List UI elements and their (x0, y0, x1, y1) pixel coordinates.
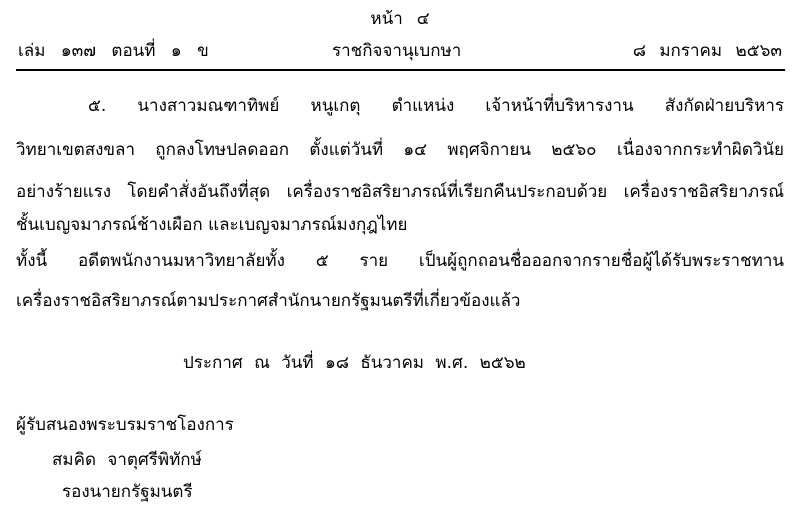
body-line-3: อย่างร้ายแรง โดยคำสั่งอันถึงที่สุด เครื่… (16, 181, 784, 203)
page-number: หน้า๔ (0, 8, 800, 30)
body-line-1: ๕. นางสาวมณฑาทิพย์ หนูเกตุ ตำแหน่ง เจ้าห… (88, 95, 784, 117)
volume-issue: เล่ม ๑๓๗ ตอนที่ ๑ ข (18, 40, 209, 62)
body-line-5: ทั้งนี้ อดีตพนักงานมหาวิทยาลัยทั้ง ๕ ราย… (16, 250, 784, 272)
signatory-name: สมคิด จาตุศรีพิทักษ์ (52, 449, 202, 471)
body-line-4: ชั้นเบญจมาภรณ์ช้างเผือก และเบญจมาภรณ์มงก… (16, 214, 784, 236)
page-number-value: ๔ (417, 9, 430, 29)
signatory-position: รองนายกรัฐมนตรี (62, 481, 193, 503)
gazette-header: เล่ม ๑๓๗ ตอนที่ ๑ ข ราชกิจจานุเบกษา ๘ มก… (16, 40, 784, 64)
body-line-2: วิทยาเขตสงขลา ถูกลงโทษปลดออก ตั้งแต่วันท… (16, 139, 784, 161)
body-line-6: เครื่องราชอิสริยาภรณ์ตามประกาศสำนักนายกร… (16, 290, 784, 312)
publication-title: ราชกิจจานุเบกษา (332, 40, 461, 62)
announcement-date: ประกาศ ณ วันที่ ๑๘ ธันวาคม พ.ศ. ๒๕๖๒ (183, 352, 526, 374)
header-divider (16, 69, 785, 71)
page-number-label: หน้า (370, 9, 402, 29)
countersign-role: ผู้รับสนองพระบรมราชโองการ (16, 414, 234, 436)
publication-date: ๘ มกราคม ๒๕๖๓ (633, 40, 782, 62)
